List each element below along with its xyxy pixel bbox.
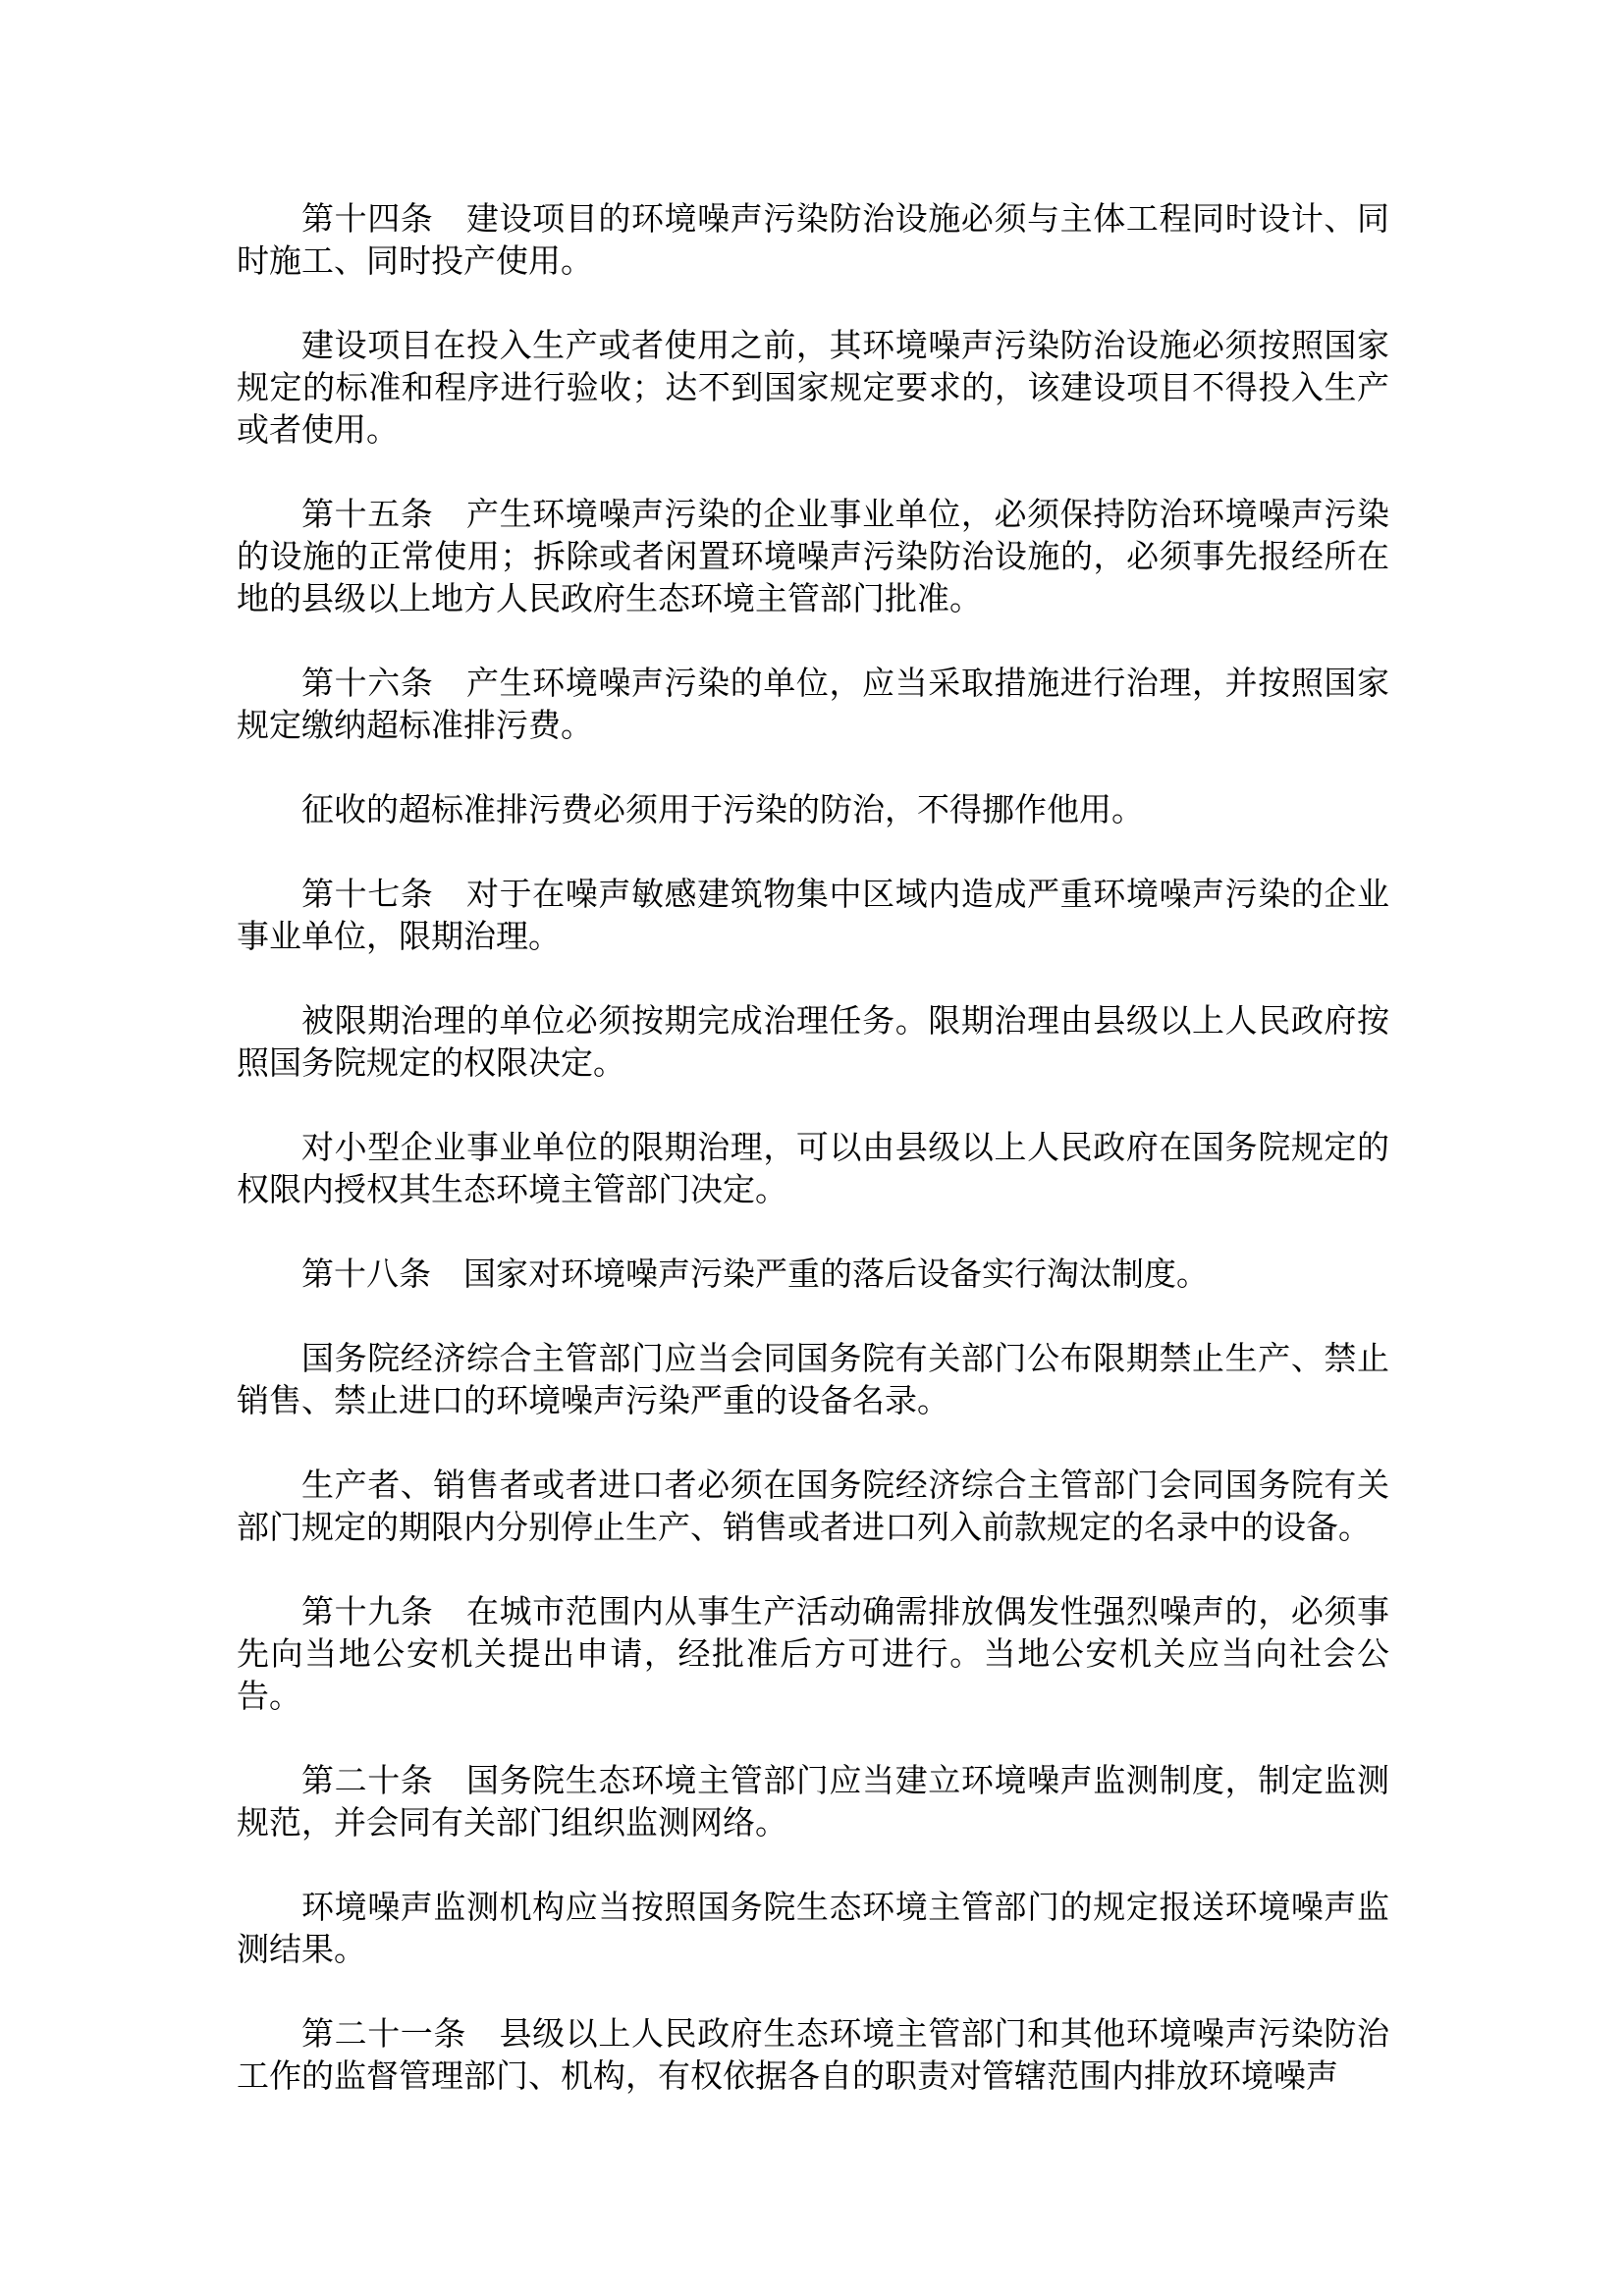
article-14-clause-2: 建设项目在投入生产或者使用之前，其环境噪声污染防治设施必须按照国家规定的标准和程… [237, 326, 1389, 453]
article-20-clause-1: 第二十条 国务院生态环境主管部门应当建立环境噪声监测制度，制定监测规范，并会同有… [237, 1761, 1389, 1845]
document-page: 第十四条 建设项目的环境噪声污染防治设施必须与主体工程同时设计、同时施工、同时投… [0, 0, 1624, 2296]
article-19-clause-1: 第十九条 在城市范围内从事生产活动确需排放偶发性强烈噪声的，必须事先向当地公安机… [237, 1592, 1389, 1719]
document-body: 第十四条 建设项目的环境噪声污染防治设施必须与主体工程同时设计、同时施工、同时投… [237, 199, 1389, 2141]
article-21-clause-1: 第二十一条 县级以上人民政府生态环境主管部门和其他环境噪声污染防治工作的监督管理… [237, 2014, 1389, 2099]
article-15-clause-1: 第十五条 产生环境噪声污染的企业事业单位，必须保持防治环境噪声污染的设施的正常使… [237, 495, 1389, 621]
article-18-clause-3: 生产者、销售者或者进口者必须在国务院经济综合主管部门会同国务院有关部门规定的期限… [237, 1466, 1389, 1550]
article-14-clause-1: 第十四条 建设项目的环境噪声污染防治设施必须与主体工程同时设计、同时施工、同时投… [237, 199, 1389, 284]
article-18-clause-1: 第十八条 国家对环境噪声污染严重的落后设备实行淘汰制度。 [237, 1255, 1389, 1297]
article-16-clause-2: 征收的超标准排污费必须用于污染的防治，不得挪作他用。 [237, 790, 1389, 832]
article-17-clause-3: 对小型企业事业单位的限期治理，可以由县级以上人民政府在国务院规定的权限内授权其生… [237, 1128, 1389, 1212]
article-16-clause-1: 第十六条 产生环境噪声污染的单位，应当采取措施进行治理，并按照国家规定缴纳超标准… [237, 664, 1389, 748]
article-17-clause-1: 第十七条 对于在噪声敏感建筑物集中区域内造成严重环境噪声污染的企业事业单位，限期… [237, 875, 1389, 959]
article-17-clause-2: 被限期治理的单位必须按期完成治理任务。限期治理由县级以上人民政府按照国务院规定的… [237, 1001, 1389, 1086]
article-18-clause-2: 国务院经济综合主管部门应当会同国务院有关部门公布限期禁止生产、禁止销售、禁止进口… [237, 1339, 1389, 1423]
article-20-clause-2: 环境噪声监测机构应当按照国务院生态环境主管部门的规定报送环境噪声监测结果。 [237, 1888, 1389, 1972]
